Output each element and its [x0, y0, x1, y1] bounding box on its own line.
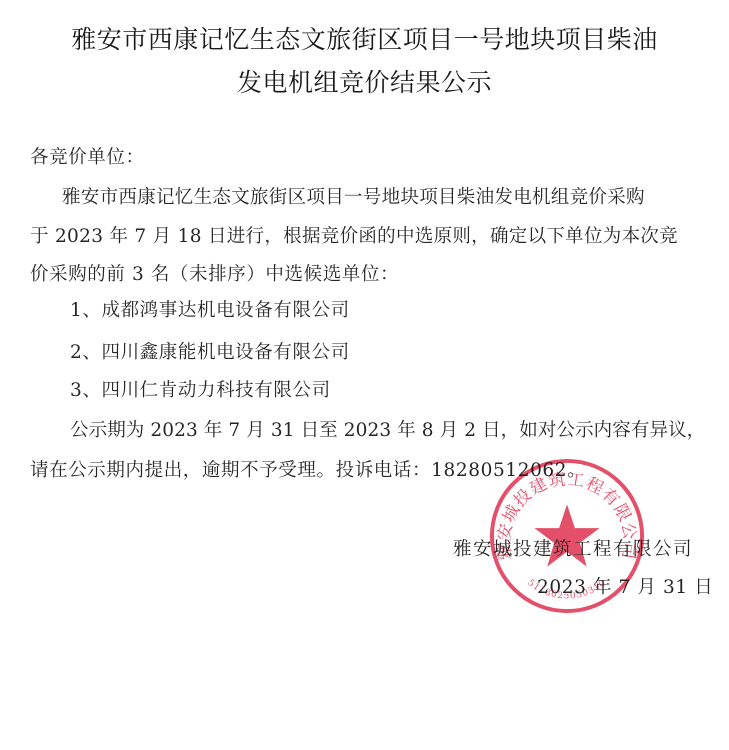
paragraph-1-line-3: 价采购的前 3 名（未排序）中选候选单位：: [30, 260, 399, 286]
candidate-name: 四川鑫康能机电设备有限公司: [101, 342, 349, 363]
candidate-name: 成都鸿事达机电设备有限公司: [101, 300, 349, 321]
candidate-index: 1、: [70, 300, 101, 321]
candidate-item: 3、四川仁肯动力科技有限公司: [70, 376, 331, 402]
candidate-item: 1、成都鸿事达机电设备有限公司: [70, 296, 350, 322]
signature-company: 雅安城投建筑工程有限公司: [453, 535, 693, 561]
document-title-line-2: 发电机组竞价结果公示: [0, 63, 729, 99]
signature-date: 2023 年 7 月 31 日: [537, 573, 713, 599]
candidate-index: 2、: [70, 342, 101, 363]
document-title-line-1: 雅安市西康记忆生态文旅街区项目一号地块项目柴油: [0, 20, 729, 56]
candidate-item: 2、四川鑫康能机电设备有限公司: [70, 338, 350, 364]
paragraph-1-line-1: 雅安市西康记忆生态文旅街区项目一号地块项目柴油发电机组竞价采购: [62, 183, 645, 209]
paragraph-1-line-2: 于 2023 年 7 月 18 日进行，根据竞价函的中选原则，确定以下单位为本次…: [30, 222, 678, 248]
paragraph-2-line-1: 公示期为 2023 年 7 月 31 日至 2023 年 8 月 2 日，如对公…: [70, 416, 705, 442]
candidate-index: 3、: [70, 380, 101, 401]
salutation: 各竞价单位：: [30, 143, 145, 169]
candidate-name: 四川仁肯动力科技有限公司: [101, 380, 330, 401]
